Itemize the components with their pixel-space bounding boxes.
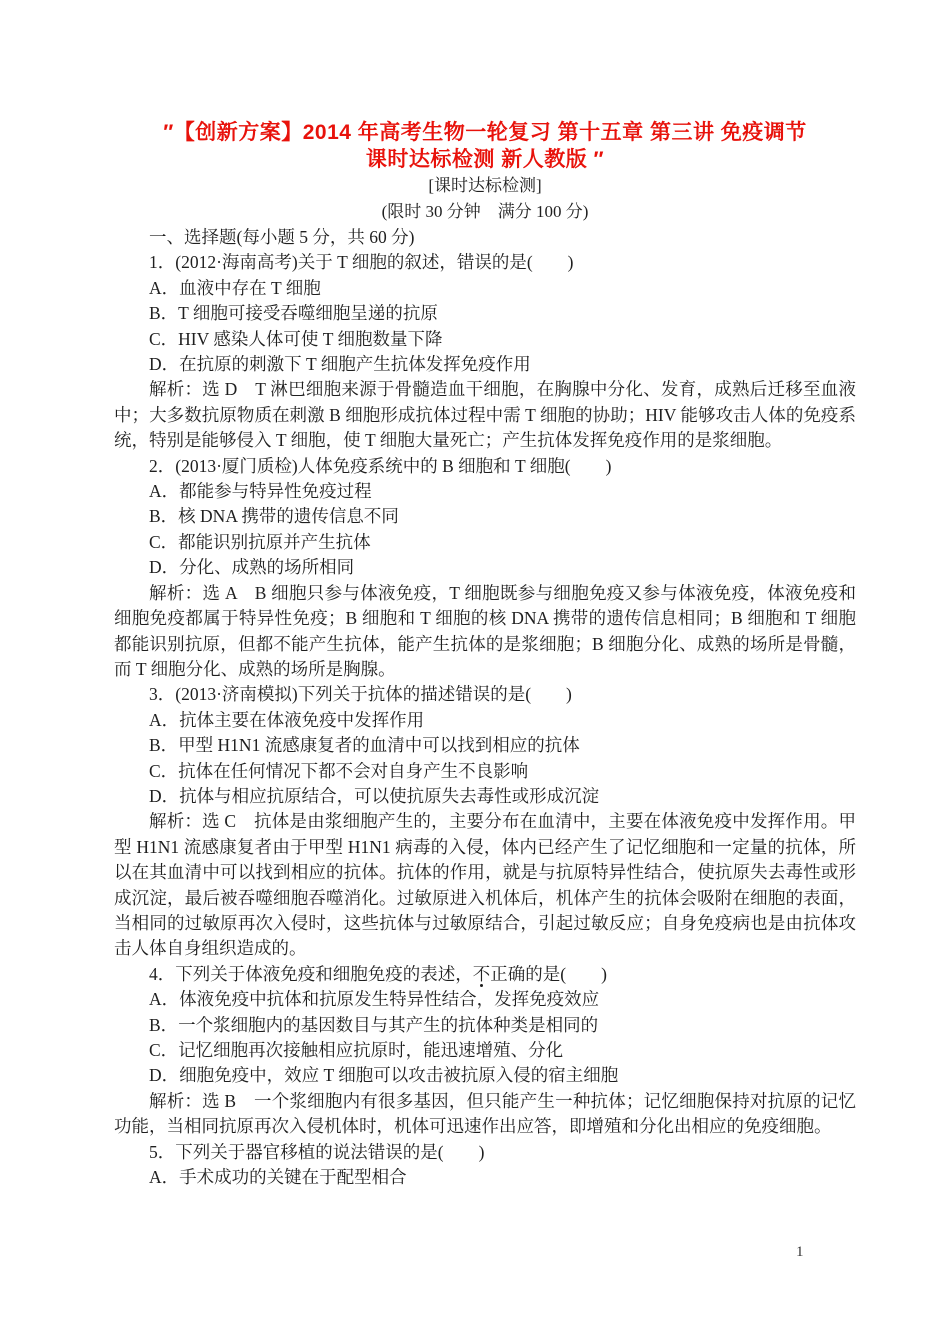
question-3-text: 3．(2013·济南模拟)下列关于抗体的描述错误的是( ): [114, 682, 856, 707]
question-2-option-d: D．分化、成熟的场所相同: [114, 555, 856, 580]
question-4-text-pre: 4．下列关于体液免疫和细胞免疫的表述，: [149, 964, 473, 984]
section-header: 一、选择题(每小题 5 分，共 60 分): [114, 225, 856, 250]
doc-subtitle: [课时达标检测]: [114, 173, 856, 199]
doc-title-line2: 课时达标检测 新人教版 ″: [114, 146, 856, 173]
question-4-option-b: B．一个浆细胞内的基因数目与其产生的抗体种类是相同的: [114, 1013, 856, 1038]
question-3-option-b: B．甲型 H1N1 流感康复者的血清中可以找到相应的抗体: [114, 733, 856, 758]
question-3-analysis: 解析：选 C 抗体是由浆细胞产生的，主要分布在血清中，主要在体液免疫中发挥作用。…: [114, 809, 856, 961]
question-4-option-a: A．体液免疫中抗体和抗原发生特异性结合，发挥免疫效应: [114, 987, 856, 1012]
document-page: ″【创新方案】2014 年高考生物一轮复习 第十五章 第三讲 免疫调节 课时达标…: [0, 0, 950, 1344]
document-content: ″【创新方案】2014 年高考生物一轮复习 第十五章 第三讲 免疫调节 课时达标…: [114, 119, 856, 1190]
question-2-text: 2．(2013·厦门质检)人体免疫系统中的 B 细胞和 T 细胞( ): [114, 454, 856, 479]
question-4-analysis: 解析：选 B 一个浆细胞内有很多基因，但只能产生一种抗体；记忆细胞保持对抗原的记…: [114, 1089, 856, 1140]
question-3-option-a: A．抗体主要在体液免疫中发挥作用: [114, 708, 856, 733]
question-1-analysis: 解析：选 D T 淋巴细胞来源于骨髓造血干细胞，在胸腺中分化、发育，成熟后迁移至…: [114, 377, 856, 453]
question-3-option-c: C．抗体在任何情况下都不会对自身产生不良影响: [114, 759, 856, 784]
question-2-analysis: 解析：选 A B 细胞只参与体液免疫，T 细胞既参与细胞免疫又参与体液免疫，体液…: [114, 581, 856, 683]
question-1-option-b: B．T 细胞可接受吞噬细胞呈递的抗原: [114, 301, 856, 326]
question-4-option-d: D．细胞免疫中，效应 T 细胞可以攻击被抗原入侵的宿主细胞: [114, 1063, 856, 1088]
question-2-option-c: C．都能识别抗原并产生抗体: [114, 530, 856, 555]
question-4-option-c: C．记忆细胞再次接触相应抗原时，能迅速增殖、分化: [114, 1038, 856, 1063]
page-number: 1: [796, 1242, 804, 1262]
question-4-text: 4．下列关于体液免疫和细胞免疫的表述，不正确的是( ): [114, 962, 856, 987]
question-1-option-a: A．血液中存在 T 细胞: [114, 276, 856, 301]
question-3-option-d: D．抗体与相应抗原结合，可以使抗原失去毒性或形成沉淀: [114, 784, 856, 809]
question-5-option-a: A．手术成功的关键在于配型相合: [114, 1165, 856, 1190]
question-1-text: 1．(2012·海南高考)关于 T 细胞的叙述，错误的是( ): [114, 250, 856, 275]
doc-title-line1: ″【创新方案】2014 年高考生物一轮复习 第十五章 第三讲 免疫调节: [114, 119, 856, 146]
question-1-option-c: C．HIV 感染人体可使 T 细胞数量下降: [114, 327, 856, 352]
question-4-emphasized-char: 不: [473, 964, 491, 984]
question-2-option-a: A．都能参与特异性免疫过程: [114, 479, 856, 504]
question-4-text-post: 正确的是( ): [490, 964, 607, 984]
question-1-option-d: D．在抗原的刺激下 T 细胞产生抗体发挥免疫作用: [114, 352, 856, 377]
doc-title: ″【创新方案】2014 年高考生物一轮复习 第十五章 第三讲 免疫调节 课时达标…: [114, 119, 856, 173]
question-5-text: 5．下列关于器官移植的说法错误的是( ): [114, 1140, 856, 1165]
time-score-line: (限时 30 分钟 满分 100 分): [114, 199, 856, 225]
question-2-option-b: B．核 DNA 携带的遗传信息不同: [114, 504, 856, 529]
